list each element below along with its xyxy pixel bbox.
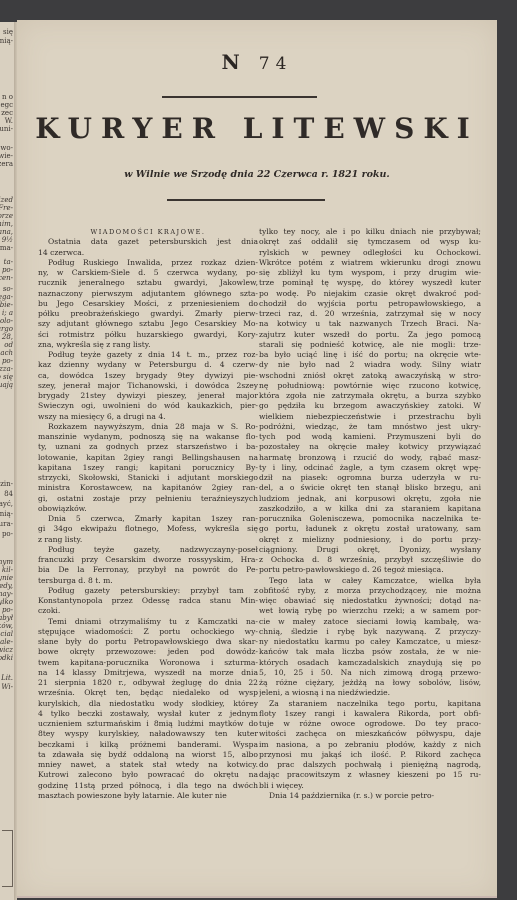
dateline: w Wilnie we Srzodę dnia 22 Czerwca r. 18… bbox=[17, 169, 497, 180]
text-line: lotowanie, kapitan 2giey rangi Bellingsh… bbox=[38, 453, 258, 463]
masthead-rule-top bbox=[162, 96, 317, 98]
text-line: Konstantynopola przez Odessę radca stanu… bbox=[38, 596, 258, 606]
adjacent-page-text-fragment: orze bbox=[0, 212, 13, 220]
text-line: tersburga d. 8 t. m. bbox=[38, 576, 258, 586]
text-line: ba było uciąć linę i iść do portu; na ok… bbox=[259, 350, 481, 360]
text-line: ca, dowódca 1szey brygady 9tey dywizyi p… bbox=[38, 371, 258, 381]
text-line: Rozkazem naywyższym, dnia 28 maja w S. R… bbox=[38, 422, 258, 432]
adjacent-page-text-fragment: zera bbox=[0, 160, 13, 168]
text-line: chodził do wyjścia portu petropawłowskie… bbox=[259, 299, 481, 309]
adjacent-page-text-fragment: 9½ bbox=[2, 236, 13, 244]
text-line: okręt zaś oddalił się tymczasem od wysp … bbox=[259, 237, 481, 247]
text-line: ucznieniem szturmańskim i 8mią ludźmi ma… bbox=[38, 719, 258, 729]
masthead-rule-bottom bbox=[167, 199, 325, 201]
text-line: naznaczony pierwszym adjutantem głównego… bbox=[38, 289, 258, 299]
text-line: półku preobrażeńskiego gwardyi. Zmarły p… bbox=[38, 309, 258, 319]
text-line: bli i więcey. bbox=[259, 781, 481, 791]
text-line: 5, 10, 25 i 50. Na nich zimową drogą prz… bbox=[259, 668, 481, 678]
text-line: im nasiona, a po zebraniu płodów, każdy … bbox=[259, 740, 481, 750]
text-line: Ostatnia data gazet petersburskich jest … bbox=[38, 237, 258, 247]
text-line: manszinie wydanym, podnoszą się na wakan… bbox=[38, 432, 258, 442]
text-line: Podług teyże gazety z dnia 14 t. m., prz… bbox=[38, 350, 258, 360]
text-line: podróżni, wiedząc, że tam mnóstwo jest u… bbox=[259, 422, 481, 432]
adjacent-page-text-fragment: nale- bbox=[0, 638, 13, 646]
text-line: Podług Ruskiego Inwalida, przez rozkaz d… bbox=[38, 258, 258, 268]
adjacent-page-text-fragment: cen- bbox=[0, 274, 13, 282]
text-line: obfitość ryby, z morza przychodzącey, ni… bbox=[259, 586, 481, 596]
newspaper-page: N 74 KURYER LITEWSKI w Wilnie we Srzodę … bbox=[17, 20, 497, 898]
adjacent-page-text-fragment: Wi- bbox=[1, 683, 13, 691]
adjacent-page-text-fragment: egc bbox=[0, 101, 13, 109]
adjacent-page-text-fragment: so- bbox=[3, 285, 13, 293]
text-line: 21 sierpnia 1820 r., odbywał żeglugę do … bbox=[38, 678, 258, 688]
adjacent-page-text-fragment: nay- bbox=[0, 590, 13, 598]
text-line: słane były do portu Petropawłowskiego dw… bbox=[38, 637, 258, 647]
text-line: kańców tak mała liczba psów została, że … bbox=[259, 647, 481, 657]
text-line: go pędziła ku brzegom awaczyńskiey zatok… bbox=[259, 401, 481, 411]
text-line: Kutrowi zalecono było powracać do okrętu… bbox=[38, 770, 258, 780]
text-line: porucznika Golenisczewa, pomocnika nacze… bbox=[259, 514, 481, 524]
adjacent-page-text-fragment: ayć, bbox=[0, 500, 13, 508]
adjacent-page-text-fragment: o się bbox=[0, 373, 13, 381]
adjacent-page-text-fragment: W. bbox=[5, 117, 13, 125]
adjacent-page-text-fragment: urgo bbox=[0, 325, 13, 333]
text-line: ciągniony. Drugi okręt, Dyonizy, wysłany bbox=[259, 545, 481, 555]
adjacent-page-text-fragment: ized bbox=[0, 196, 13, 204]
adjacent-page-text-fragment: ynie bbox=[0, 574, 13, 582]
issue-number: N 74 bbox=[17, 50, 497, 74]
text-line: beczkami i kilką próżnemi banderami. Wys… bbox=[38, 740, 258, 750]
text-line: z Ochocka d. 8 września, przybył szczęśl… bbox=[259, 555, 481, 565]
adjacent-page-text-fragment: ików, bbox=[0, 622, 13, 630]
adjacent-page-text-fragment: ana, bbox=[0, 228, 13, 236]
text-line: dy nie było nad 2 wiadra wody. Silny wia… bbox=[259, 360, 481, 370]
text-line: bu Jego Cesarskiey Mości, z przeniesieni… bbox=[38, 299, 258, 309]
text-line: dził na piasek: ogromna burza uderzyła w… bbox=[259, 473, 481, 483]
text-line: cie w małey zatoce sieciami łowią kambał… bbox=[259, 617, 481, 627]
text-line: portu petro-pawłowskiego d. 26 tegoż mie… bbox=[259, 565, 481, 575]
text-line: która zgoła nie zatrzymała okrętu, a bur… bbox=[259, 391, 481, 401]
adjacent-page-text-fragment: uni- bbox=[0, 125, 13, 133]
text-line: kapitana 1szey rangi; kapitani porucznic… bbox=[38, 463, 258, 473]
text-line: chnią, śledzie i rybę byk nazywaną. Z pr… bbox=[259, 627, 481, 637]
text-line: wschodni zniósł okręt zatoką awaczyńską … bbox=[259, 371, 481, 381]
adjacent-page-strip: sięnią-n oegczecW.uni-wo-wie-zeraizedFre… bbox=[0, 22, 14, 900]
adjacent-page-text-fragment: kil- bbox=[2, 566, 13, 574]
text-line: starali się podnieść kotwicę, ale nie mo… bbox=[259, 340, 481, 350]
adjacent-page-text-fragment: po- bbox=[2, 530, 13, 538]
text-line: Dnia 5 czerwca, Zmarły kapitan 1szey ran… bbox=[38, 514, 258, 524]
text-line: Wkrótce potém z wiatrem wkierunku drogi … bbox=[259, 258, 481, 268]
text-line: z rang listy. bbox=[38, 535, 258, 545]
text-line: zna, wykreśla się z rang listy. bbox=[38, 340, 258, 350]
adjacent-page-text-fragment: zin- bbox=[0, 480, 13, 488]
text-line: zaszkodziło, a w kilka dni za staraniem … bbox=[259, 504, 481, 514]
text-line: ministra Korostawcew, na kapitanów 2giey… bbox=[38, 483, 258, 493]
text-line: po wodę. Po niejakim czasie okręt dwakro… bbox=[259, 289, 481, 299]
text-line: floty 1szey rangi i kawalera Rikorda, po… bbox=[259, 709, 481, 719]
text-line: ta zdawała się bydź oddaloną na wiorst 1… bbox=[38, 750, 258, 760]
issue-label: N bbox=[222, 50, 246, 74]
text-line: go portu, ładunek z okrętu został uratow… bbox=[259, 524, 481, 534]
text-line: do prac dalszych pochwałą i pieniężną na… bbox=[259, 760, 481, 770]
text-line: bowe okręty przewozowe: jeden pod dowódz… bbox=[38, 647, 258, 657]
text-line: wielkiem niebezpieczeństwie i przestrach… bbox=[259, 412, 481, 422]
text-line: trze pominął tę wyspę, do którey wyszedł… bbox=[259, 278, 481, 288]
text-line: Dnia 14 października (r. s.) w porcie pe… bbox=[259, 791, 481, 801]
adjacent-page-text-fragment: ięga- bbox=[0, 293, 13, 301]
adjacent-page-text-fragment: po- bbox=[2, 606, 13, 614]
adjacent-page-text-fragment: bie- bbox=[0, 301, 13, 309]
adjacent-page-text-fragment: od bbox=[4, 341, 13, 349]
text-line: żą różne ciężary, jeżdżą na łowy sobolów… bbox=[259, 678, 481, 688]
text-line: witości zachęca on mieszkańców półwyspu,… bbox=[259, 729, 481, 739]
text-column-right: tylko tey nocy, ale i po kilku dniach ni… bbox=[259, 227, 481, 801]
adjacent-page-text-fragment: ura- bbox=[0, 520, 13, 528]
text-line: ny niedostatku karmu po całey Kamczatce,… bbox=[259, 637, 481, 647]
text-line: rylskich w pewney odległości ku Ochockow… bbox=[259, 248, 481, 258]
text-line: kurylskich, dla niedostatku wody słodkie… bbox=[38, 699, 258, 709]
adjacent-page-text-fragment: ma- bbox=[0, 244, 13, 252]
text-line: ny, w Carskiem-Siele d. 5 czerwca wydany… bbox=[38, 268, 258, 278]
text-line: 14 czerwca. bbox=[38, 248, 258, 258]
text-line: tych pod wodą kamieni. Przymuszeni byli … bbox=[259, 432, 481, 442]
adjacent-page-text-fragment: nym bbox=[0, 558, 13, 566]
adjacent-page-text-fragment: iach bbox=[0, 349, 13, 357]
text-line: Za staraniem naczelnika tego portu, kapi… bbox=[259, 699, 481, 709]
text-line: wet łowią rybę po wierzchu rzeki; a w sa… bbox=[259, 606, 481, 616]
adjacent-page-text-fragment: n o bbox=[2, 93, 13, 101]
text-line: września. Okręt ten, będąc niedaleko od … bbox=[38, 688, 258, 698]
text-line: więc obawiać się niedostatku żywności; d… bbox=[259, 596, 481, 606]
text-line: kaz dzienny wydany w Petersburgu d. 4 cz… bbox=[38, 360, 258, 370]
adjacent-page-text-fragment: odki bbox=[0, 654, 13, 662]
text-line: jeleni, a wiosną i na niedźwiedzie. bbox=[259, 688, 481, 698]
adjacent-page-text-fragment: Lit. bbox=[1, 674, 13, 682]
adjacent-page-text-fragment: zabył bbox=[0, 614, 13, 622]
text-line: masztach powieszone były latarnie. Ale k… bbox=[38, 791, 258, 801]
text-line: Podług gazety petersburskiey: przybył ta… bbox=[38, 586, 258, 596]
text-line: rucznik jeneralnego sztabu gwardyi, Jako… bbox=[38, 278, 258, 288]
adjacent-page-text-fragment: wicz bbox=[0, 646, 13, 654]
text-line: 8tey wyspy kurylskiey, naładowawszy ten … bbox=[38, 729, 258, 739]
adjacent-page-border-frame bbox=[2, 830, 13, 887]
text-line: twem kapitana-porucznika Woronowa i sztu… bbox=[38, 658, 258, 668]
issue-number-value: 74 bbox=[259, 54, 293, 74]
text-line: ludziom jednak, ani korpusowi okrętu, zg… bbox=[259, 494, 481, 504]
text-column-left: WIADOMOŚCI KRAJOWE. Ostatnia data gazet … bbox=[38, 227, 258, 801]
adjacent-page-text-fragment: nią- bbox=[0, 37, 13, 45]
text-line: trzeci raz, d. 20 września, zatrzymał si… bbox=[259, 309, 481, 319]
adjacent-page-text-fragment: ecial bbox=[0, 630, 13, 638]
text-line: francuzki przy Cesarskim dworze rossyysk… bbox=[38, 555, 258, 565]
text-line: obowiązków. bbox=[38, 504, 258, 514]
text-line: pozostałey na okręcie małey kotwicy przy… bbox=[259, 442, 481, 452]
text-line: Temi dniami otrzymaliśmy tu z Kamczatki … bbox=[38, 617, 258, 627]
text-line: tuje w różne owoce ogrodowe. Do tey prac… bbox=[259, 719, 481, 729]
text-line: harmatę bronzową i rzucić do wody, rąbać… bbox=[259, 453, 481, 463]
adjacent-page-text-fragment: i; a bbox=[2, 309, 13, 317]
text-line: Tego lata w całey Kamczatce, wielka była bbox=[259, 576, 481, 586]
newspaper-title: KURYER LITEWSKI bbox=[17, 112, 497, 145]
adjacent-page-text-fragment: po- bbox=[2, 357, 13, 365]
adjacent-page-text-fragment: ledy, bbox=[0, 582, 13, 590]
adjacent-page-text-fragment: po- bbox=[2, 266, 13, 274]
adjacent-page-text-fragment: uają bbox=[0, 381, 13, 389]
adjacent-page-text-fragment: się bbox=[3, 28, 13, 36]
section-heading: WIADOMOŚCI KRAJOWE. bbox=[38, 227, 258, 237]
adjacent-page-text-fragment: Fre- bbox=[0, 204, 13, 212]
adjacent-page-text-fragment: wo- bbox=[0, 144, 13, 152]
text-line: na kotwicy u tak nazwanych Trzech Braci.… bbox=[259, 319, 481, 329]
text-line: mniey nawet, a statek stał wtedy na kotw… bbox=[38, 760, 258, 770]
text-line: del, a o świcie okręt ten stanął blisko … bbox=[259, 483, 481, 493]
text-line: Swieczyn ogi, uwolnieni do wód kaukazkic… bbox=[38, 401, 258, 411]
text-line: gi 34go ekwipażu flotnego, Mofess, wykre… bbox=[38, 524, 258, 534]
text-line: dając pracowitszym z własney kieszeni po… bbox=[259, 770, 481, 780]
text-line: stępujące wiadomości: Z portu ochockiego… bbox=[38, 627, 258, 637]
text-line: których osadach kamczadalskich znaydują … bbox=[259, 658, 481, 668]
text-line: ty, uznani za godnych przez starszeństwo… bbox=[38, 442, 258, 452]
text-line: czoki. bbox=[38, 606, 258, 616]
text-line: zajutrz kuter wszedł do portu. Za jego p… bbox=[259, 330, 481, 340]
text-line: bia De la Ferronay, przybył na powrót do… bbox=[38, 565, 258, 575]
text-line: przynosi mu jakąś ich ilość. P. Rikord z… bbox=[259, 750, 481, 760]
adjacent-page-text-fragment: him, bbox=[0, 220, 13, 228]
text-line: wszy na miesięcy 6, a drugi na 4. bbox=[38, 412, 258, 422]
text-line: nę południową: powtórnie więc rzucono ko… bbox=[259, 381, 481, 391]
text-line: okręt z mielizny podniesiony, i do portu… bbox=[259, 535, 481, 545]
text-line: na 14 klassy Dmitrjewa, wyszedł na morze… bbox=[38, 668, 258, 678]
adjacent-page-text-fragment: zza- bbox=[0, 365, 13, 373]
text-line: ści rotmistrz półku huzarskiego gwardyi,… bbox=[38, 330, 258, 340]
text-line: Podług teyże gazety, nadzwyczayny-poseł bbox=[38, 545, 258, 555]
text-line: gi, ostatni zostaje przy pełnieniu teraź… bbox=[38, 494, 258, 504]
adjacent-page-text-fragment: wie- bbox=[0, 152, 13, 160]
text-line: ty i liny, odcinać żagle, a tym czasem o… bbox=[259, 463, 481, 473]
text-line: strzycki, Skołowski, Stanicki i adjutant… bbox=[38, 473, 258, 483]
adjacent-page-text-fragment: olo- bbox=[0, 317, 13, 325]
adjacent-page-text-fragment: ta- bbox=[4, 258, 13, 266]
adjacent-page-text-fragment: 28, bbox=[2, 333, 13, 341]
adjacent-page-text-fragment: tylko bbox=[0, 598, 13, 606]
text-line: tylko tey nocy, ale i po kilku dniach ni… bbox=[259, 227, 481, 237]
text-line: godzinę 11stą przed północą, i dla tego … bbox=[38, 781, 258, 791]
adjacent-page-text-fragment: nią- bbox=[0, 510, 13, 518]
text-line: szy adjutant głównego sztabu Jego Cesars… bbox=[38, 319, 258, 329]
text-line: szey, jenerał major Tichanowski, i dowód… bbox=[38, 381, 258, 391]
text-line: brygady 21stey dywizyi pieszey, jenerał … bbox=[38, 391, 258, 401]
text-line: się zbliżył ku tym wyspom, i przy drugim… bbox=[259, 268, 481, 278]
text-line: 4 tylko beczki zostawały, wysłał kuter z… bbox=[38, 709, 258, 719]
adjacent-page-text-fragment: 84 bbox=[4, 490, 13, 498]
adjacent-page-text-fragment: zec bbox=[1, 109, 13, 117]
